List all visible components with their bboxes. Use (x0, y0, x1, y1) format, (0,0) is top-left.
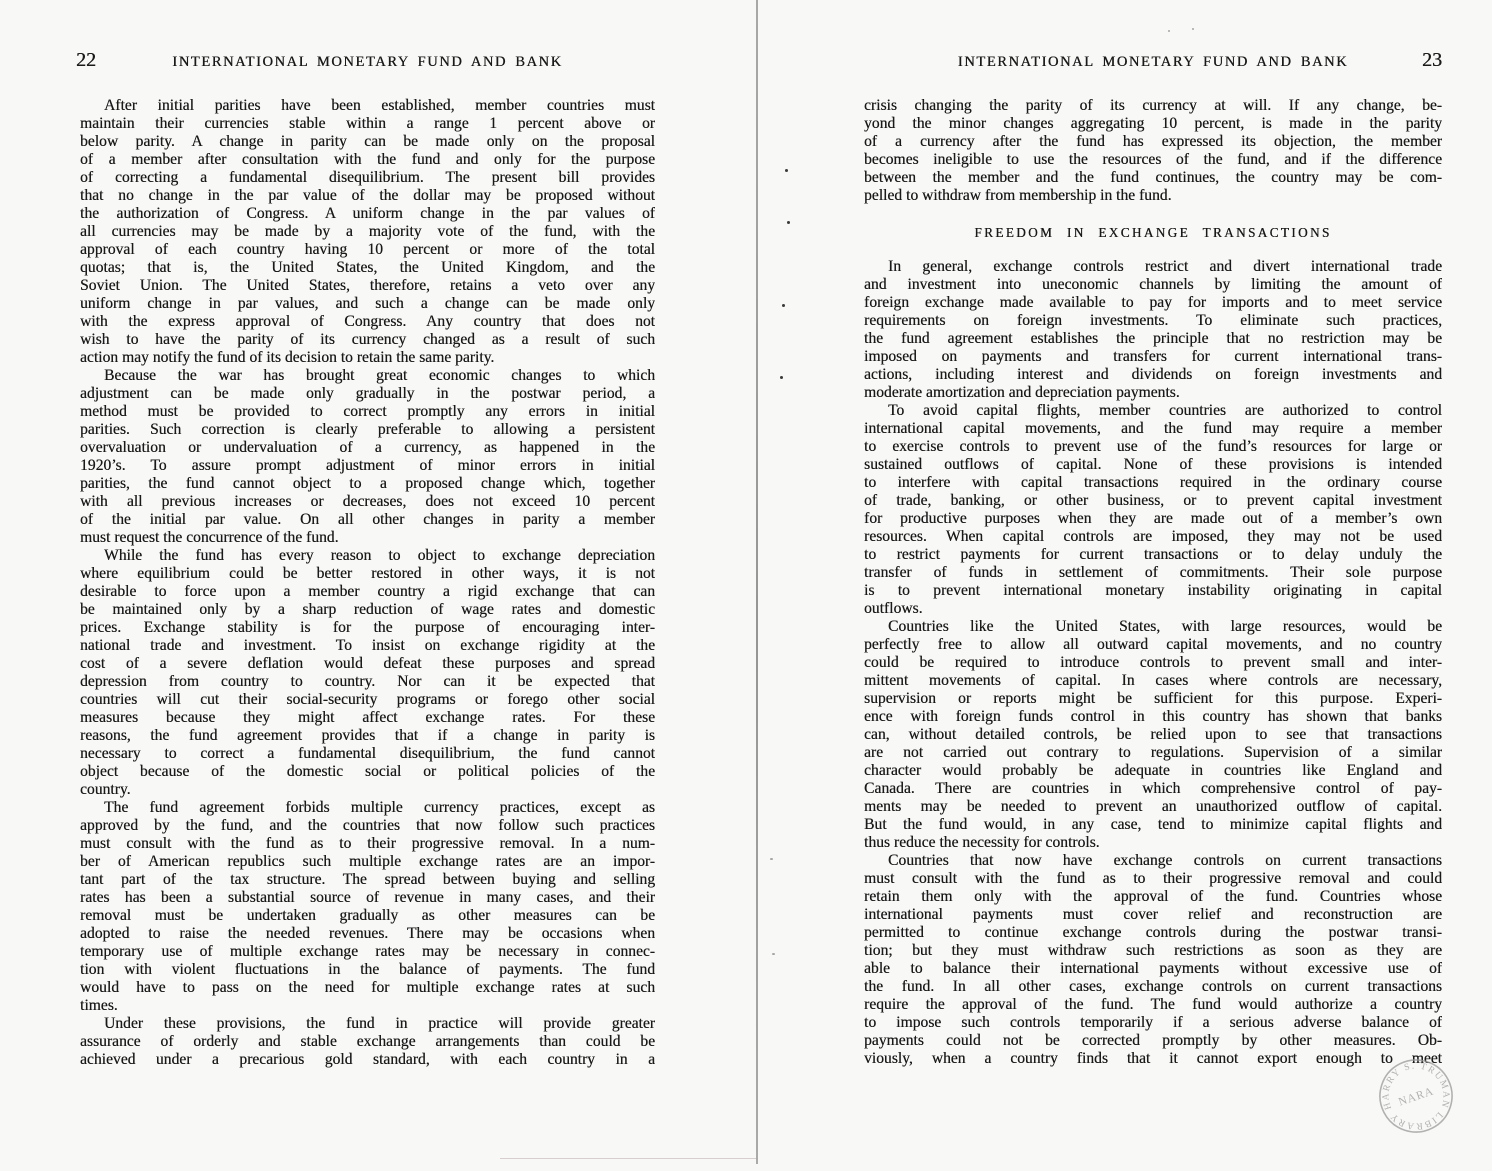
text-line: ments may be needed to prevent an unauth… (864, 798, 1442, 816)
text-line: to exercise controls to prevent use of t… (864, 438, 1442, 456)
running-title-left: INTERNATIONAL MONETARY FUND AND BANK (80, 50, 655, 74)
text-line: overvaluation or undervaluation of a cur… (80, 439, 655, 457)
page-header-right: INTERNATIONAL MONETARY FUND AND BANK 23 (864, 50, 1442, 74)
page-right: INTERNATIONAL MONETARY FUND AND BANK 23 … (864, 0, 1442, 1171)
text-line: require the approval of the fund. The fu… (864, 996, 1442, 1014)
text-line: prices. Exchange stability is for the pu… (80, 619, 655, 637)
text-line: uniform change in par values, and such a… (80, 295, 655, 313)
text-line: Soviet Union. The United States, therefo… (80, 277, 655, 295)
text-line: thus reduce the necessity for controls. (864, 834, 1442, 852)
text-line: retain them only with the approval of th… (864, 888, 1442, 906)
text-line: of trade, banking, or other business, or… (864, 492, 1442, 510)
text-line: Canada. There are countries in which com… (864, 780, 1442, 798)
text-line: requirements on foreign investments. To … (864, 312, 1442, 330)
page-right-text-block: crisis changing the parity of its curren… (864, 97, 1442, 1068)
text-line: adjustment can be made only gradually in… (80, 385, 655, 403)
text-line: of correcting a fundamental disequilibri… (80, 169, 655, 187)
text-line: becomes ineligible to use the resources … (864, 151, 1442, 169)
page-header-left: 22 INTERNATIONAL MONETARY FUND AND BANK (80, 50, 655, 74)
text-line: of a currency after the fund has express… (864, 133, 1442, 151)
text-line: sustained outflows of capital. None of t… (864, 456, 1442, 474)
scan-speck (785, 169, 788, 172)
text-line: rates has been a substantial source of r… (80, 889, 655, 907)
text-line: measures because they might affect excha… (80, 709, 655, 727)
text-line: are not carried out contrary to regulati… (864, 744, 1442, 762)
text-line: parities. Such correction is clearly pre… (80, 421, 655, 439)
scan-speck (1168, 30, 1170, 32)
text-line: could be required to introduce controls … (864, 654, 1442, 672)
running-title-right: INTERNATIONAL MONETARY FUND AND BANK (864, 50, 1442, 74)
text-line: pelled to withdraw from membership in th… (864, 187, 1442, 205)
paragraph: The fund agreement forbids multiple curr… (80, 799, 655, 1015)
text-line: of the initial par value. On all other c… (80, 511, 655, 529)
text-line: maintain their currencies stable within … (80, 115, 655, 133)
text-line: international payments must cover relief… (864, 906, 1442, 924)
text-line: ber of American republics such multiple … (80, 853, 655, 871)
paragraph: In general, exchange controls restrict a… (864, 258, 1442, 402)
text-line: approval of each country having 10 perce… (80, 241, 655, 259)
text-line: must consult with the fund as to their p… (80, 835, 655, 853)
text-line: But the fund would, in any case, tend to… (864, 816, 1442, 834)
text-line: quotas; that is, the United States, the … (80, 259, 655, 277)
paragraph: After initial parities have been establi… (80, 97, 655, 367)
text-line: with all previous increases or decreases… (80, 493, 655, 511)
text-line: the fund. In all other cases, exchange c… (864, 978, 1442, 996)
text-line: assurance of orderly and stable exchange… (80, 1033, 655, 1051)
text-line: below parity. A change in parity can be … (80, 133, 655, 151)
text-line: method must be provided to correct promp… (80, 403, 655, 421)
text-line: resources. When capital controls are imp… (864, 528, 1442, 546)
text-line: to interfere with capital transactions r… (864, 474, 1442, 492)
text-line: is to prevent international monetary ins… (864, 582, 1442, 600)
text-line: foreign exchange made available to pay f… (864, 294, 1442, 312)
text-line: to impose such controls temporarily if a… (864, 1014, 1442, 1032)
text-line: object because of the domestic social or… (80, 763, 655, 781)
library-stamp: HARRY S. TRUMAN LIBRARY NARA (1356, 1036, 1476, 1156)
page-edge-line (756, 0, 758, 1164)
text-line: country. (80, 781, 655, 799)
page-number-right: 23 (1422, 48, 1442, 72)
text-line: adopted to raise the needed revenues. Th… (80, 925, 655, 943)
text-line: necessary to correct a fundamental diseq… (80, 745, 655, 763)
text-line: 1920’s. To assure prompt adjustment of m… (80, 457, 655, 475)
text-line: and investment into uneconomic channels … (864, 276, 1442, 294)
text-line: action may notify the fund of its decisi… (80, 349, 655, 367)
text-line: permitted to continue exchange controls … (864, 924, 1442, 942)
text-line: approved by the fund, and the countries … (80, 817, 655, 835)
text-line: that no change in the par value of the d… (80, 187, 655, 205)
text-line: where equilibrium could be better restor… (80, 565, 655, 583)
text-line: parities, the fund cannot object to a pr… (80, 475, 655, 493)
text-line: be maintained only by a sharp reduction … (80, 601, 655, 619)
text-line: wish to have the parity of its currency … (80, 331, 655, 349)
text-line: for productive purposes when they are ma… (864, 510, 1442, 528)
text-line: In general, exchange controls restrict a… (864, 258, 1442, 276)
text-line: outflows. (864, 600, 1442, 618)
text-line: desirable to force upon a member country… (80, 583, 655, 601)
text-line: tion; but they must withdraw such restri… (864, 942, 1442, 960)
text-line: To avoid capital flights, member countri… (864, 402, 1442, 420)
paragraph: While the fund has every reason to objec… (80, 547, 655, 799)
text-line: actions, including interest and dividend… (864, 366, 1442, 384)
text-line: the authorization of Congress. A uniform… (80, 205, 655, 223)
scan-speck (787, 221, 790, 224)
text-line: tant part of the tax structure. The spre… (80, 871, 655, 889)
paragraph: Because the war has brought great econom… (80, 367, 655, 547)
section-heading: FREEDOM IN EXCHANGE TRANSACTIONS (864, 225, 1442, 241)
text-line: character would probably be adequate in … (864, 762, 1442, 780)
text-line: national trade and investment. To insist… (80, 637, 655, 655)
text-line: Under these provisions, the fund in prac… (80, 1015, 655, 1033)
scan-speck (780, 376, 783, 379)
page-left: 22 INTERNATIONAL MONETARY FUND AND BANK … (80, 0, 655, 1171)
text-line: to restrict payments for current transac… (864, 546, 1442, 564)
text-line: achieved under a precarious gold standar… (80, 1051, 655, 1069)
paragraph: crisis changing the parity of its curren… (864, 97, 1442, 205)
text-line: removal must be undertaken gradually as … (80, 907, 655, 925)
text-line: moderate amortization and depreciation p… (864, 384, 1442, 402)
scan-edge-line (500, 1158, 758, 1159)
text-line: all currencies may be made by a majority… (80, 223, 655, 241)
text-line: supervision or reports might be sufficie… (864, 690, 1442, 708)
text-line: mittent movements of capital. In cases w… (864, 672, 1442, 690)
text-line: yond the minor changes aggregating 10 pe… (864, 115, 1442, 133)
text-line: able to balance their international paym… (864, 960, 1442, 978)
text-line: reasons, the fund agreement provides tha… (80, 727, 655, 745)
scan-speck (772, 953, 775, 955)
text-line: with the express approval of Congress. A… (80, 313, 655, 331)
text-line: of a member after consultation with the … (80, 151, 655, 169)
stamp-center-text: NARA (1397, 1085, 1436, 1108)
page-left-text-block: After initial parities have been establi… (80, 97, 655, 1069)
text-line: After initial parities have been establi… (80, 97, 655, 115)
text-line: countries will cut their social-security… (80, 691, 655, 709)
text-line: the fund agreement establishes the princ… (864, 330, 1442, 348)
text-line: imposed on payments and transfers for cu… (864, 348, 1442, 366)
text-line: temporary use of multiple exchange rates… (80, 943, 655, 961)
text-line: would have to pass on the need for multi… (80, 979, 655, 997)
text-line: Countries like the United States, with l… (864, 618, 1442, 636)
text-line: cost of a severe deflation would defeat … (80, 655, 655, 673)
text-line: international capital movements, and the… (864, 420, 1442, 438)
text-line: The fund agreement forbids multiple curr… (80, 799, 655, 817)
scan-speck (782, 304, 785, 307)
text-line: between the member and the fund continue… (864, 169, 1442, 187)
text-line: perfectly free to allow all outward capi… (864, 636, 1442, 654)
text-line: Countries that now have exchange control… (864, 852, 1442, 870)
text-line: ence with foreign funds control in this … (864, 708, 1442, 726)
page-number-left: 22 (76, 48, 96, 72)
scan-speck (770, 858, 773, 860)
scan-speck (1192, 28, 1194, 30)
text-line: crisis changing the parity of its curren… (864, 97, 1442, 115)
paragraph: Under these provisions, the fund in prac… (80, 1015, 655, 1069)
paragraph: Countries like the United States, with l… (864, 618, 1442, 852)
text-line: times. (80, 997, 655, 1015)
paragraph: To avoid capital flights, member countri… (864, 402, 1442, 618)
text-line: must consult with the fund as to their p… (864, 870, 1442, 888)
text-line: can, without detailed controls, be relie… (864, 726, 1442, 744)
text-line: depression from country to country. Nor … (80, 673, 655, 691)
text-line: While the fund has every reason to objec… (80, 547, 655, 565)
text-line: must request the concurrence of the fund… (80, 529, 655, 547)
text-line: Because the war has brought great econom… (80, 367, 655, 385)
text-line: transfer of funds in settlement of commi… (864, 564, 1442, 582)
text-line: tion with violent fluctuations in the ba… (80, 961, 655, 979)
scanned-document-spread: 22 INTERNATIONAL MONETARY FUND AND BANK … (0, 0, 1492, 1171)
